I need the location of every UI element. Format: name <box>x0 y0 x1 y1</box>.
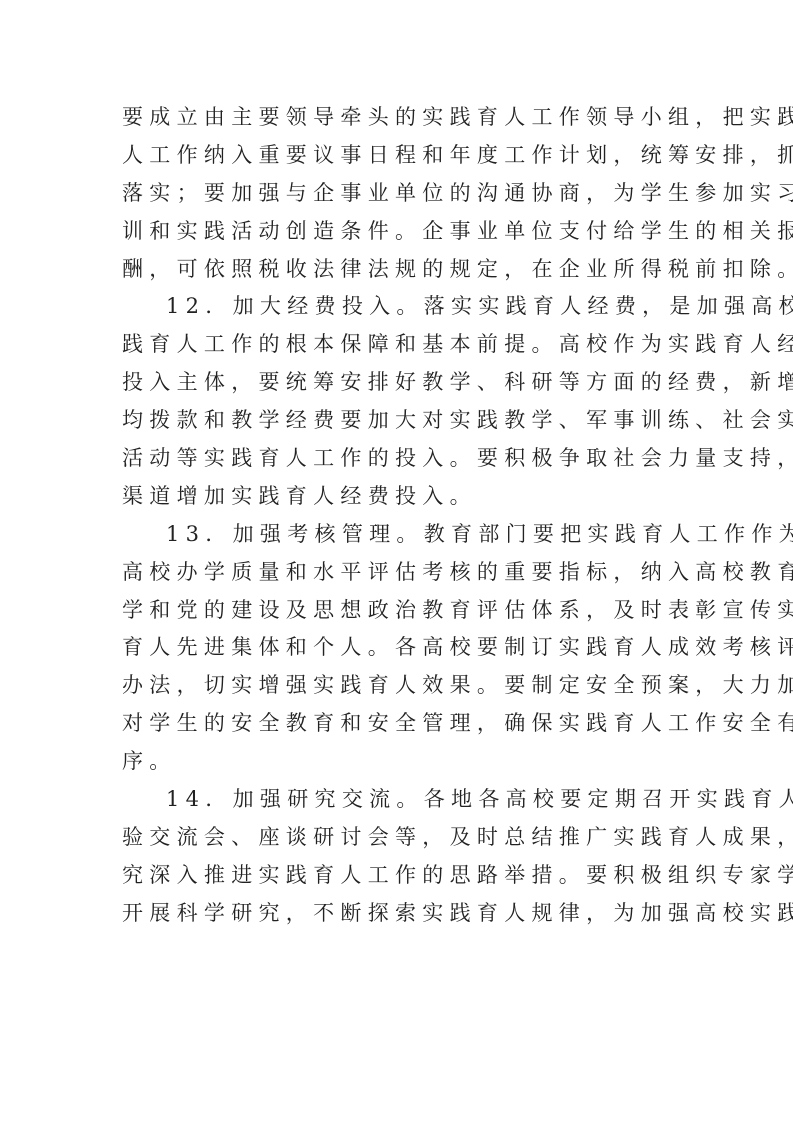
text-line: 落实；要加强与企事业单位的沟通协商，为学生参加实习实 <box>122 175 682 213</box>
text-line: 序。 <box>122 743 682 781</box>
text-line: 均拨款和教学经费要加大对实践教学、军事训练、社会实践 <box>122 402 682 440</box>
paragraph-item-14: 14．加强研究交流。各地各高校要定期召开实践育人经 验交流会、座谈研讨会等，及时… <box>122 781 682 933</box>
text-line: 人工作纳入重要议事日程和年度工作计划，统筹安排，抓好 <box>122 137 682 175</box>
text-line: 投入主体，要统筹安排好教学、科研等方面的经费，新增生 <box>122 364 682 402</box>
paragraph-item-12: 12．加大经费投入。落实实践育人经费，是加强高校实 践育人工作的根本保障和基本前… <box>122 288 682 515</box>
text-line: 要成立由主要领导牵头的实践育人工作领导小组，把实践育 <box>122 99 682 137</box>
text-line: 训和实践活动创造条件。企事业单位支付给学生的相关报 <box>122 213 682 251</box>
text-line: 践育人工作的根本保障和基本前提。高校作为实践育人经费 <box>122 326 682 364</box>
text-line: 活动等实践育人工作的投入。要积极争取社会力量支持，多 <box>122 440 682 478</box>
text-line: 酬，可依照税收法律法规的规定，在企业所得税前扣除。 <box>122 251 682 289</box>
text-line: 办法，切实增强实践育人效果。要制定安全预案，大力加强 <box>122 667 682 705</box>
document-page: 要成立由主要领导牵头的实践育人工作领导小组，把实践育 人工作纳入重要议事日程和年… <box>0 0 793 1122</box>
text-line: 育人先进集体和个人。各高校要制订实践育人成效考核评价 <box>122 629 682 667</box>
text-line: 究深入推进实践育人工作的思路举措。要积极组织专家学者 <box>122 857 682 895</box>
paragraph-heading-line: 12．加大经费投入。落实实践育人经费，是加强高校实 <box>122 288 682 326</box>
document-body: 要成立由主要领导牵头的实践育人工作领导小组，把实践育 人工作纳入重要议事日程和年… <box>122 99 682 933</box>
text-line: 高校办学质量和水平评估考核的重要指标，纳入高校教育教 <box>122 554 682 592</box>
text-line: 学和党的建设及思想政治教育评估体系，及时表彰宣传实践 <box>122 592 682 630</box>
paragraph-heading-line: 13．加强考核管理。教育部门要把实践育人工作作为对 <box>122 516 682 554</box>
text-line: 渠道增加实践育人经费投入。 <box>122 478 682 516</box>
text-line: 开展科学研究，不断探索实践育人规律，为加强高校实践育 <box>122 895 682 933</box>
paragraph-continuation: 要成立由主要领导牵头的实践育人工作领导小组，把实践育 人工作纳入重要议事日程和年… <box>122 99 682 288</box>
text-line: 验交流会、座谈研讨会等，及时总结推广实践育人成果，研 <box>122 819 682 857</box>
paragraph-item-13: 13．加强考核管理。教育部门要把实践育人工作作为对 高校办学质量和水平评估考核的… <box>122 516 682 781</box>
text-line: 对学生的安全教育和安全管理，确保实践育人工作安全有 <box>122 705 682 743</box>
paragraph-heading-line: 14．加强研究交流。各地各高校要定期召开实践育人经 <box>122 781 682 819</box>
